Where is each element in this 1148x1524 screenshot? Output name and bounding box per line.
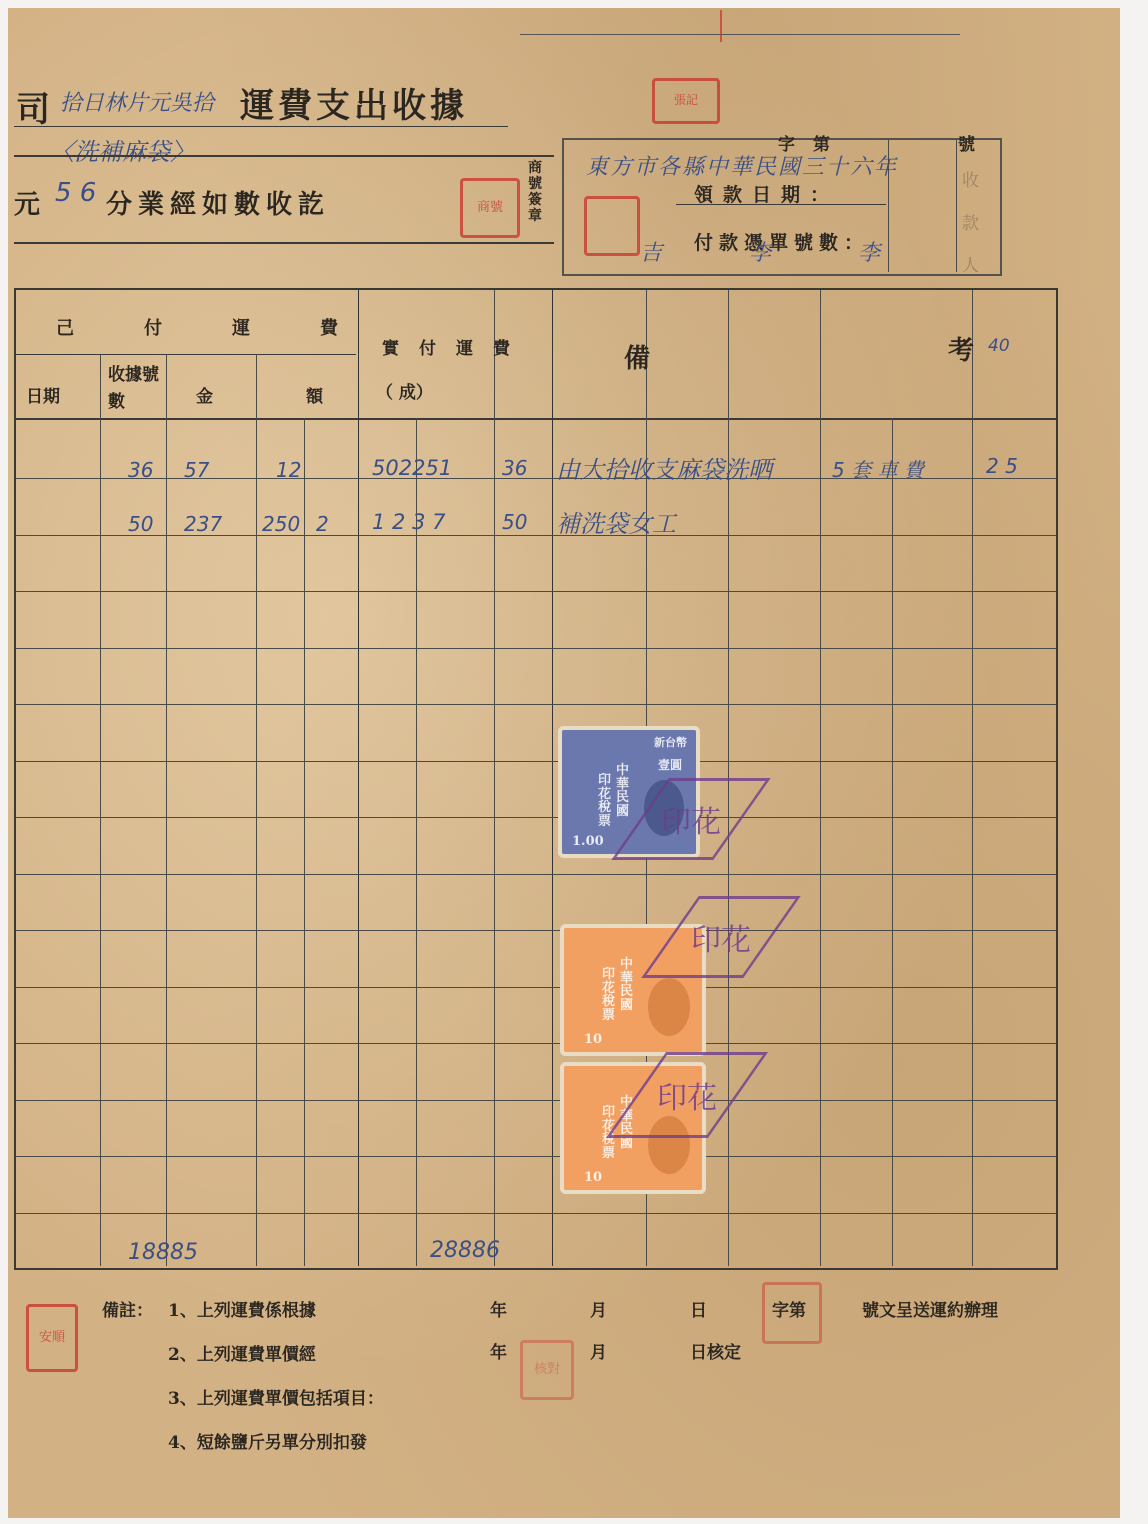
row-rule	[16, 874, 1056, 875]
col-line	[166, 354, 167, 1266]
stamp-country: 中華民國	[616, 764, 632, 819]
col-line	[494, 290, 495, 1266]
col-line	[892, 418, 893, 1266]
top-rule	[520, 34, 960, 35]
stamp-denomination: 壹圓	[658, 756, 682, 773]
freight-table: 己付運費 日期 收據號數 金 額 實付運費 （ 成） 備 考 40 36 57 …	[14, 288, 1058, 1270]
note-1-year: 年	[490, 1296, 507, 1321]
top-seal: 張記	[652, 78, 720, 124]
row1-remarks: 由大拾收支麻袋洗晒	[556, 450, 772, 485]
col-line	[820, 290, 821, 1266]
row-rule	[16, 987, 1056, 988]
row1-remarks-far: 2 5	[986, 454, 1018, 478]
title-prefix: 司	[16, 82, 54, 131]
row-rule	[16, 1100, 1056, 1101]
row2-remarks: 補洗袋女工	[556, 504, 676, 539]
actual-freight-header: 實付運費	[382, 334, 530, 359]
col-line	[972, 290, 973, 1266]
row1-amount-b: 12	[276, 458, 301, 482]
footer-right-text: 號文呈送運約辦理	[862, 1296, 998, 1321]
row2-amount-c: 2	[316, 512, 329, 536]
receipt-side-labels: 收款人	[962, 160, 982, 288]
col-line	[256, 354, 257, 1266]
document-title: 運費支出收據	[240, 78, 468, 127]
receive-date-label: 領款日期：	[694, 180, 839, 207]
note-1: 1、上列運費係根據	[168, 1296, 316, 1321]
row1-actual: 502251	[372, 456, 452, 480]
receipt-handwritten-address: 東方市各縣中華民國三十六年	[586, 150, 898, 181]
merchant-sign-label: 商號簽章	[528, 160, 544, 224]
actual-freight-sub: （ 成）	[376, 378, 433, 403]
footer-seal-mid: 核對	[520, 1340, 574, 1400]
stamp-value: 1.00	[572, 834, 604, 849]
receipt-divider-1	[888, 140, 889, 272]
title-underline	[14, 126, 508, 127]
row-rule	[16, 1156, 1056, 1157]
row-rule	[16, 930, 1056, 931]
note-2-approved: 日核定	[690, 1338, 741, 1363]
note-1-day: 日	[690, 1296, 707, 1321]
row2-actual: 1 2 3 7	[372, 510, 445, 534]
row-rule	[16, 1213, 1056, 1214]
col-header-amount-2: 額	[306, 382, 323, 407]
row-rule	[16, 761, 1056, 762]
row1-receipt-no: 36	[128, 458, 153, 482]
row1-rate: 36	[502, 456, 527, 480]
note-2-year: 年	[490, 1338, 507, 1363]
stamp-country: 中華民國	[620, 958, 636, 1013]
stamp-currency: 新台幣	[654, 734, 687, 750]
group-header: 己付運費	[56, 314, 408, 340]
group-header-rule	[16, 354, 356, 355]
col-divider-remarks	[552, 290, 553, 1266]
receipt-handwritten-bottom: 吉 李 李	[640, 236, 920, 267]
row2-amount-a: 237	[184, 512, 222, 536]
title-handwritten: 拾日林片元吳拾	[60, 86, 214, 117]
note-1-month: 月	[590, 1296, 607, 1321]
stamp-value: 10	[584, 1032, 602, 1047]
row-rule	[16, 1043, 1056, 1044]
row-rule	[16, 591, 1056, 592]
row1-remarks-right: 5 套 車 費	[832, 454, 924, 483]
row2-rate: 50	[502, 510, 527, 534]
row-rule	[16, 535, 1056, 536]
received-suffix: 分業經如數收訖	[106, 184, 330, 221]
row1-amount-a: 57	[184, 458, 209, 482]
stamp-type: 印花稅票	[598, 774, 614, 829]
footer-seal-left: 安順	[26, 1304, 78, 1372]
row2-receipt-no: 50	[128, 512, 153, 536]
row2-amount-b: 250	[262, 512, 300, 536]
note-2: 2、上列運費單價經	[168, 1340, 316, 1365]
received-amount: 5 6	[55, 178, 96, 208]
receipt-seal	[584, 196, 640, 256]
col-line	[100, 354, 101, 1266]
number-label: 號	[958, 130, 975, 155]
receipt-divider-2	[956, 140, 957, 272]
col-header-date: 日期	[26, 382, 60, 407]
col-divider-main	[358, 290, 359, 1266]
note-4: 4、短餘鹽斤另單分別扣發	[168, 1428, 367, 1453]
vendor-seal: 商號	[460, 178, 520, 238]
stamp-type: 印花稅票	[602, 968, 618, 1023]
total-left: 18885	[128, 1240, 198, 1265]
footer-word-no: 字第	[772, 1296, 806, 1321]
col-line	[416, 418, 417, 1266]
red-tick	[720, 10, 722, 42]
remarks-note: 40	[988, 336, 1010, 356]
receive-date-rule	[676, 204, 886, 205]
col-header-amount: 金	[196, 382, 213, 407]
row-rule	[16, 648, 1056, 649]
note-2-month: 月	[590, 1338, 607, 1363]
received-prefix: 元	[14, 184, 40, 221]
col-line	[304, 418, 305, 1266]
remarks-header-left: 備	[624, 338, 650, 375]
received-bottom-rule	[14, 242, 554, 244]
subtitle-handwritten: 〈洗補麻袋〉	[50, 132, 194, 167]
col-header-receipt-no: 收據號數	[108, 362, 164, 416]
stamp-value: 10	[584, 1170, 602, 1185]
row-rule	[16, 817, 1056, 818]
received-top-rule	[14, 155, 554, 157]
remarks-header-right: 考	[948, 330, 974, 367]
total-right: 28886	[430, 1238, 500, 1263]
notes-label: 備註：	[102, 1296, 153, 1321]
note-3: 3、上列運費單價包括項目：	[168, 1384, 384, 1409]
header-bottom-rule	[16, 418, 1056, 420]
portrait-icon	[648, 978, 690, 1036]
row-rule	[16, 704, 1056, 705]
